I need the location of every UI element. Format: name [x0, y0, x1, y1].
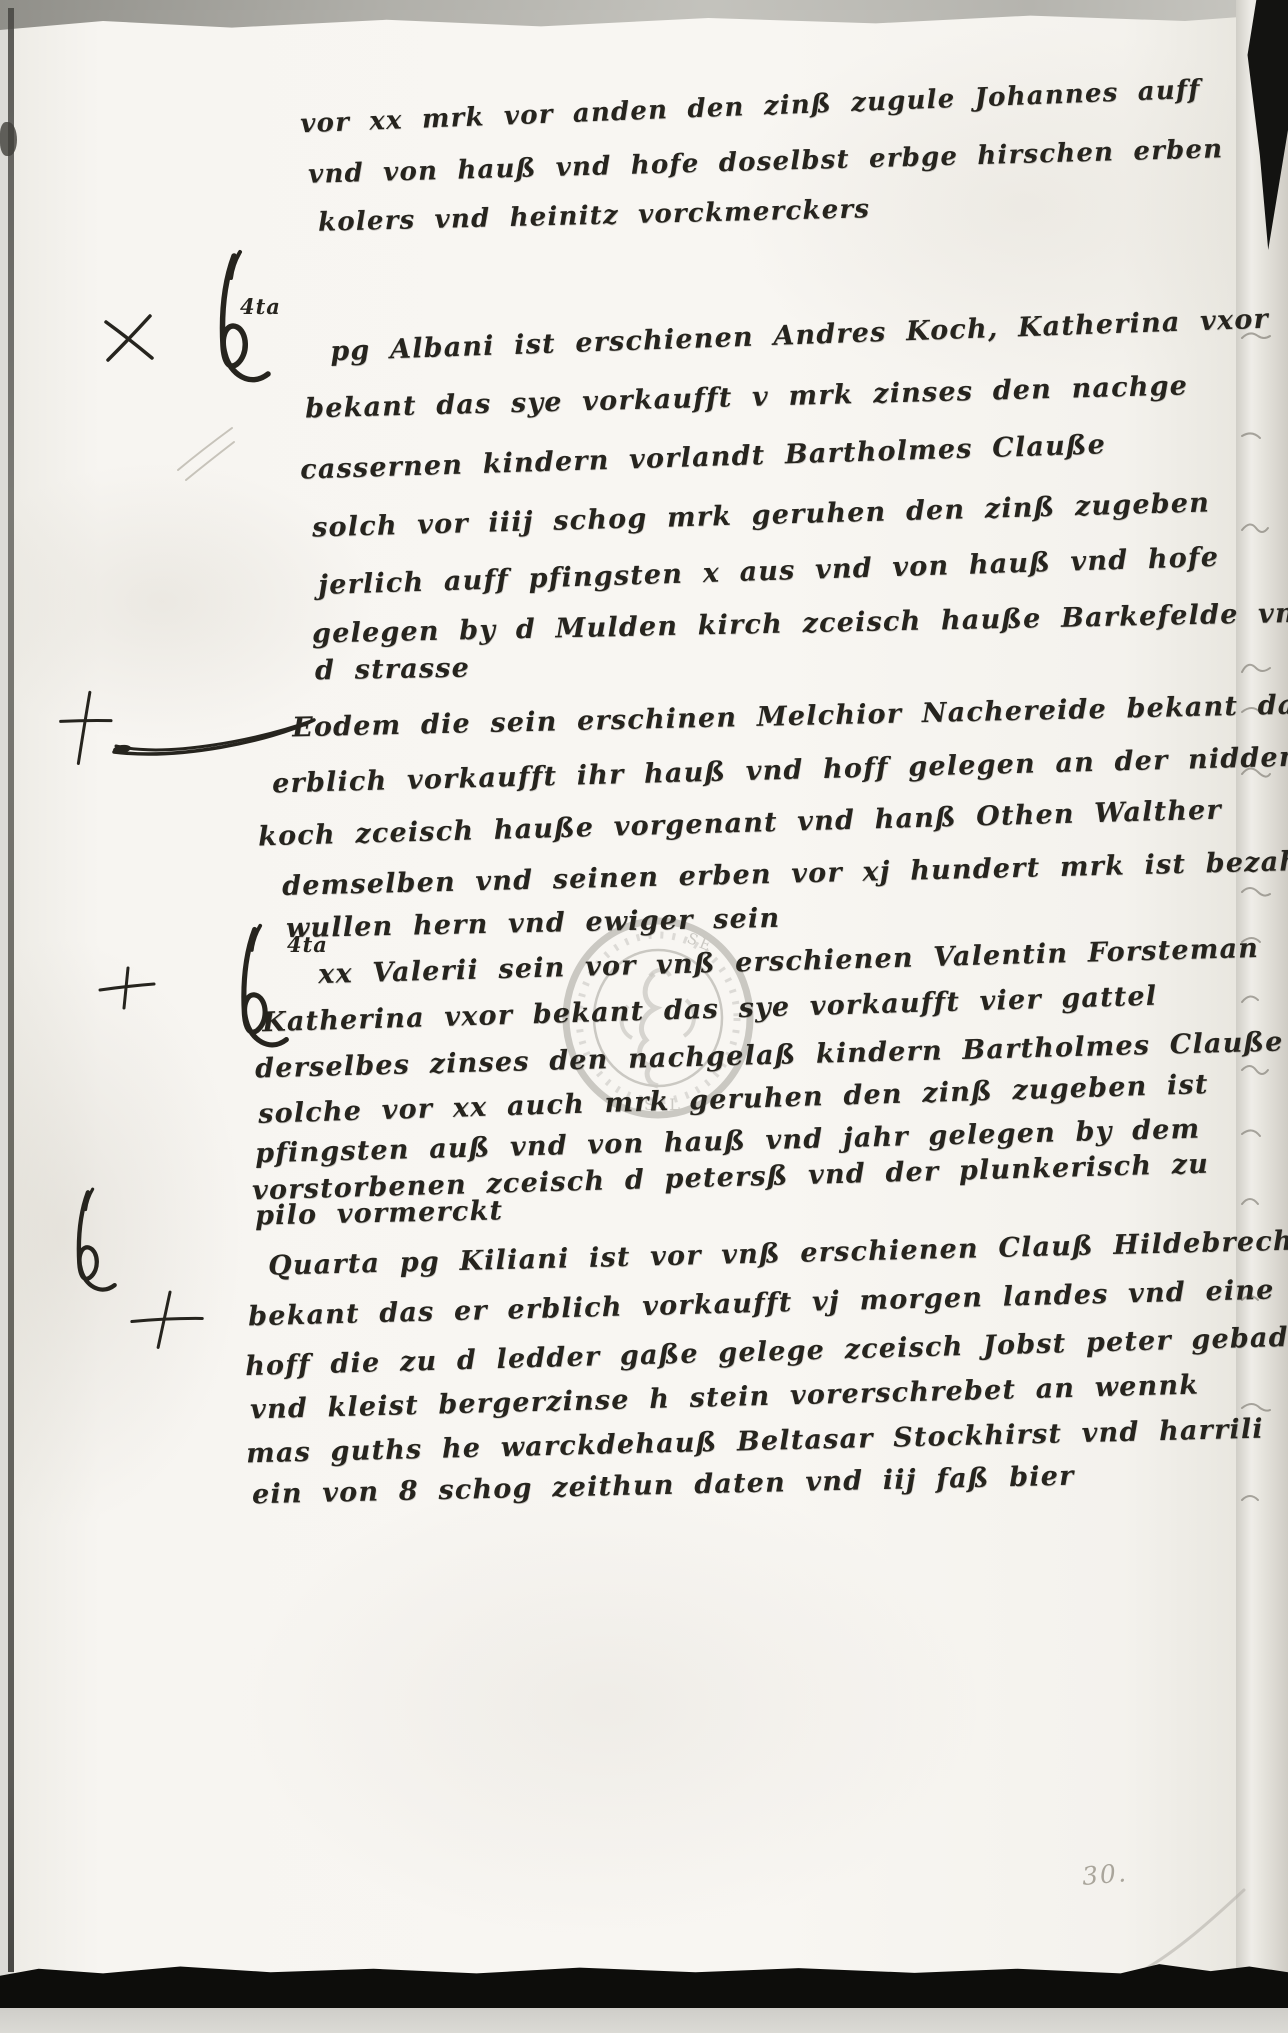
pencil-scratch: [172, 420, 242, 490]
paragraph-sign-icon: [210, 248, 276, 398]
manuscript-line: pilo vormerckt: [255, 1195, 504, 1231]
plus-mark-icon: [126, 1287, 208, 1354]
binding-mark: [0, 122, 17, 156]
x-mark-icon: [100, 310, 160, 366]
scan-bottom-margin: [0, 2008, 1288, 2033]
binding-shadow: [8, 8, 14, 1972]
manuscript-photo: SE SIL vor xx mrk vor anden den zinß zug…: [0, 0, 1288, 2033]
manuscript-line: d strasse: [315, 653, 471, 687]
corner-curl: [1138, 1888, 1248, 1978]
folio-number: 30.: [1081, 1858, 1129, 1891]
plus-mark-icon: [96, 966, 158, 1012]
dash-stroke-icon: [108, 710, 320, 760]
date-superscript: 4ta: [240, 294, 281, 319]
date-superscript: 4ta: [287, 932, 328, 957]
paragraph-sign-icon: [60, 1186, 130, 1304]
